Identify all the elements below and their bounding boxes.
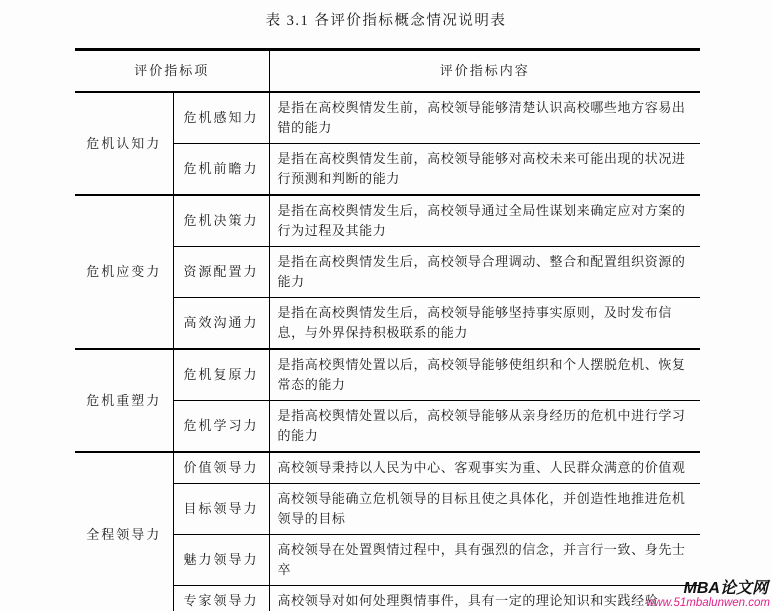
group-cell: 危机认知力 — [75, 92, 173, 195]
group-cell: 危机重塑力 — [75, 349, 173, 452]
content-cell: 是指高校舆情处置以后，高校领导能够从亲身经历的危机中进行学习的能力 — [269, 401, 700, 453]
indicator-cell: 危机前瞻力 — [173, 144, 269, 196]
table-row: 危机认知力危机感知力是指在高校舆情发生前，高校领导能够清楚认识高校哪些地方容易出… — [75, 92, 700, 144]
page-title: 表 3.1 各评价指标概念情况说明表 — [0, 9, 772, 30]
indicator-cell: 高效沟通力 — [173, 298, 269, 350]
indicator-cell: 目标领导力 — [173, 484, 269, 535]
table-row: 全程领导力价值领导力高校领导秉持以人民为中心、客观事实为重、人民群众满意的价值观 — [75, 452, 700, 484]
indicator-cell: 价值领导力 — [173, 452, 269, 484]
indicator-cell: 危机决策力 — [173, 195, 269, 247]
watermark-site-name: MBA论文网 — [646, 580, 770, 598]
table-header: 评价指标项 评价指标内容 — [75, 50, 700, 93]
content-cell: 高校领导对如何处理舆情事件，具有一定的理论知识和实践经验 — [269, 586, 700, 611]
content-cell: 是指在高校舆情发生后，高校领导通过全局性谋划来确定应对方案的行为过程及其能力 — [269, 195, 700, 247]
group-cell: 全程领导力 — [75, 452, 173, 611]
indicator-cell: 危机感知力 — [173, 92, 269, 144]
watermark: MBA论文网 www.51mbalunwen.com — [646, 580, 770, 610]
header-indicator-item: 评价指标项 — [75, 50, 269, 93]
content-cell: 高校领导秉持以人民为中心、客观事实为重、人民群众满意的价值观 — [269, 452, 700, 484]
evaluation-indicator-table: 评价指标项 评价指标内容 危机认知力危机感知力是指在高校舆情发生前，高校领导能够… — [75, 48, 700, 611]
indicator-cell: 专家领导力 — [173, 586, 269, 611]
content-cell: 是指在高校舆情发生后，高校领导能够坚持事实原则，及时发布信息，与外界保持积极联系… — [269, 298, 700, 350]
content-cell: 是指高校舆情处置以后，高校领导能够使组织和个人摆脱危机、恢复常态的能力 — [269, 349, 700, 401]
header-indicator-content: 评价指标内容 — [269, 50, 700, 93]
indicator-cell: 危机复原力 — [173, 349, 269, 401]
indicator-cell: 危机学习力 — [173, 401, 269, 453]
indicator-cell: 魅力领导力 — [173, 535, 269, 586]
content-cell: 是指在高校舆情发生前，高校领导能够对高校未来可能出现的状况进行预测和判断的能力 — [269, 144, 700, 196]
content-cell: 高校领导在处置舆情过程中，具有强烈的信念，并言行一致、身先士卒 — [269, 535, 700, 586]
document-page: { "page": { "title": "表 3.1 各评价指标概念情况说明表… — [0, 0, 772, 611]
table-row: 危机应变力危机决策力是指在高校舆情发生后，高校领导通过全局性谋划来确定应对方案的… — [75, 195, 700, 247]
watermark-site-url: www.51mbalunwen.com — [646, 597, 770, 610]
table-row: 危机重塑力危机复原力是指高校舆情处置以后，高校领导能够使组织和个人摆脱危机、恢复… — [75, 349, 700, 401]
group-cell: 危机应变力 — [75, 195, 173, 349]
table-body: 危机认知力危机感知力是指在高校舆情发生前，高校领导能够清楚认识高校哪些地方容易出… — [75, 92, 700, 611]
indicator-cell: 资源配置力 — [173, 247, 269, 298]
content-cell: 是指在高校舆情发生前，高校领导能够清楚认识高校哪些地方容易出错的能力 — [269, 92, 700, 144]
content-cell: 高校领导能确立危机领导的目标且使之具体化，并创造性地推进危机领导的目标 — [269, 484, 700, 535]
content-cell: 是指在高校舆情发生后，高校领导合理调动、整合和配置组织资源的能力 — [269, 247, 700, 298]
